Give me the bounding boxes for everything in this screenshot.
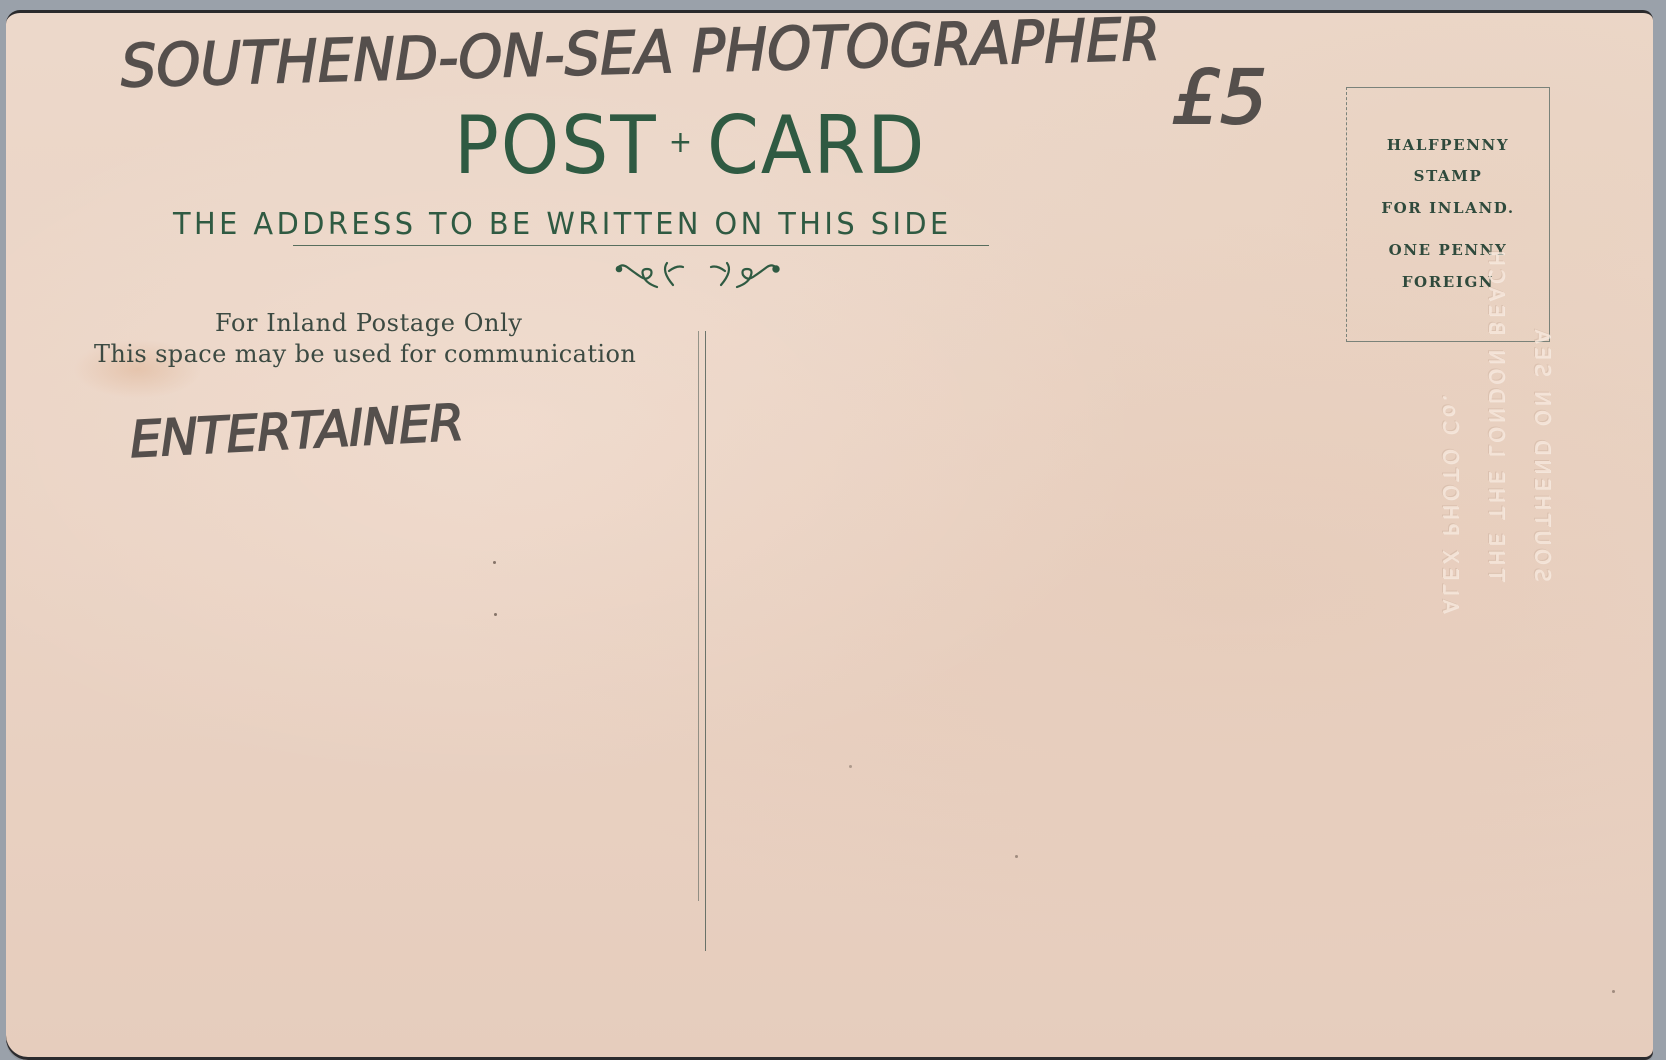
center-divider-line — [705, 331, 706, 951]
handwritten-price: £5 — [1172, 55, 1268, 141]
inland-postage-notice: For Inland Postage Only — [215, 309, 523, 337]
stamp-text-line: FOR INLAND. — [1346, 199, 1550, 217]
instruction-underline — [293, 245, 989, 246]
title-card: CARD — [707, 99, 926, 192]
postcard-back: SOUTHEND-ON-SEA PHOTOGRAPHER £5 POST+CAR… — [6, 10, 1653, 1060]
communication-notice: This space may be used for communication — [94, 340, 636, 368]
embossed-photographer-mark: THE THE LONDON BEACH — [1484, 246, 1508, 581]
paper-speck — [493, 561, 496, 564]
title-separator: + — [669, 102, 694, 184]
stamp-text-line: FOREIGN — [1346, 273, 1550, 291]
ornament-flourish-icon — [611, 257, 783, 293]
paper-speck — [494, 613, 497, 616]
handwritten-subject: ENTERTAINER — [128, 394, 464, 469]
postcard-title: POST+CARD — [454, 105, 951, 192]
stamp-text-line: ONE PENNY — [1346, 241, 1550, 259]
title-post: POST — [454, 99, 658, 192]
handwritten-photographer-note: SOUTHEND-ON-SEA PHOTOGRAPHER — [120, 6, 1161, 101]
embossed-photographer-mark: ALEX PHOTO Co. — [1438, 390, 1462, 613]
paper-speck — [849, 765, 852, 768]
embossed-photographer-mark: SOUTHEND ON SEA — [1530, 325, 1554, 581]
paper-speck — [1612, 990, 1615, 993]
stamp-text-line: STAMP — [1346, 167, 1550, 185]
stamp-text-line: HALFPENNY — [1346, 136, 1550, 154]
paper-speck — [1015, 855, 1018, 858]
center-divider-line — [698, 331, 699, 901]
address-instruction: THE ADDRESS TO BE WRITTEN ON THIS SIDE — [173, 207, 952, 242]
